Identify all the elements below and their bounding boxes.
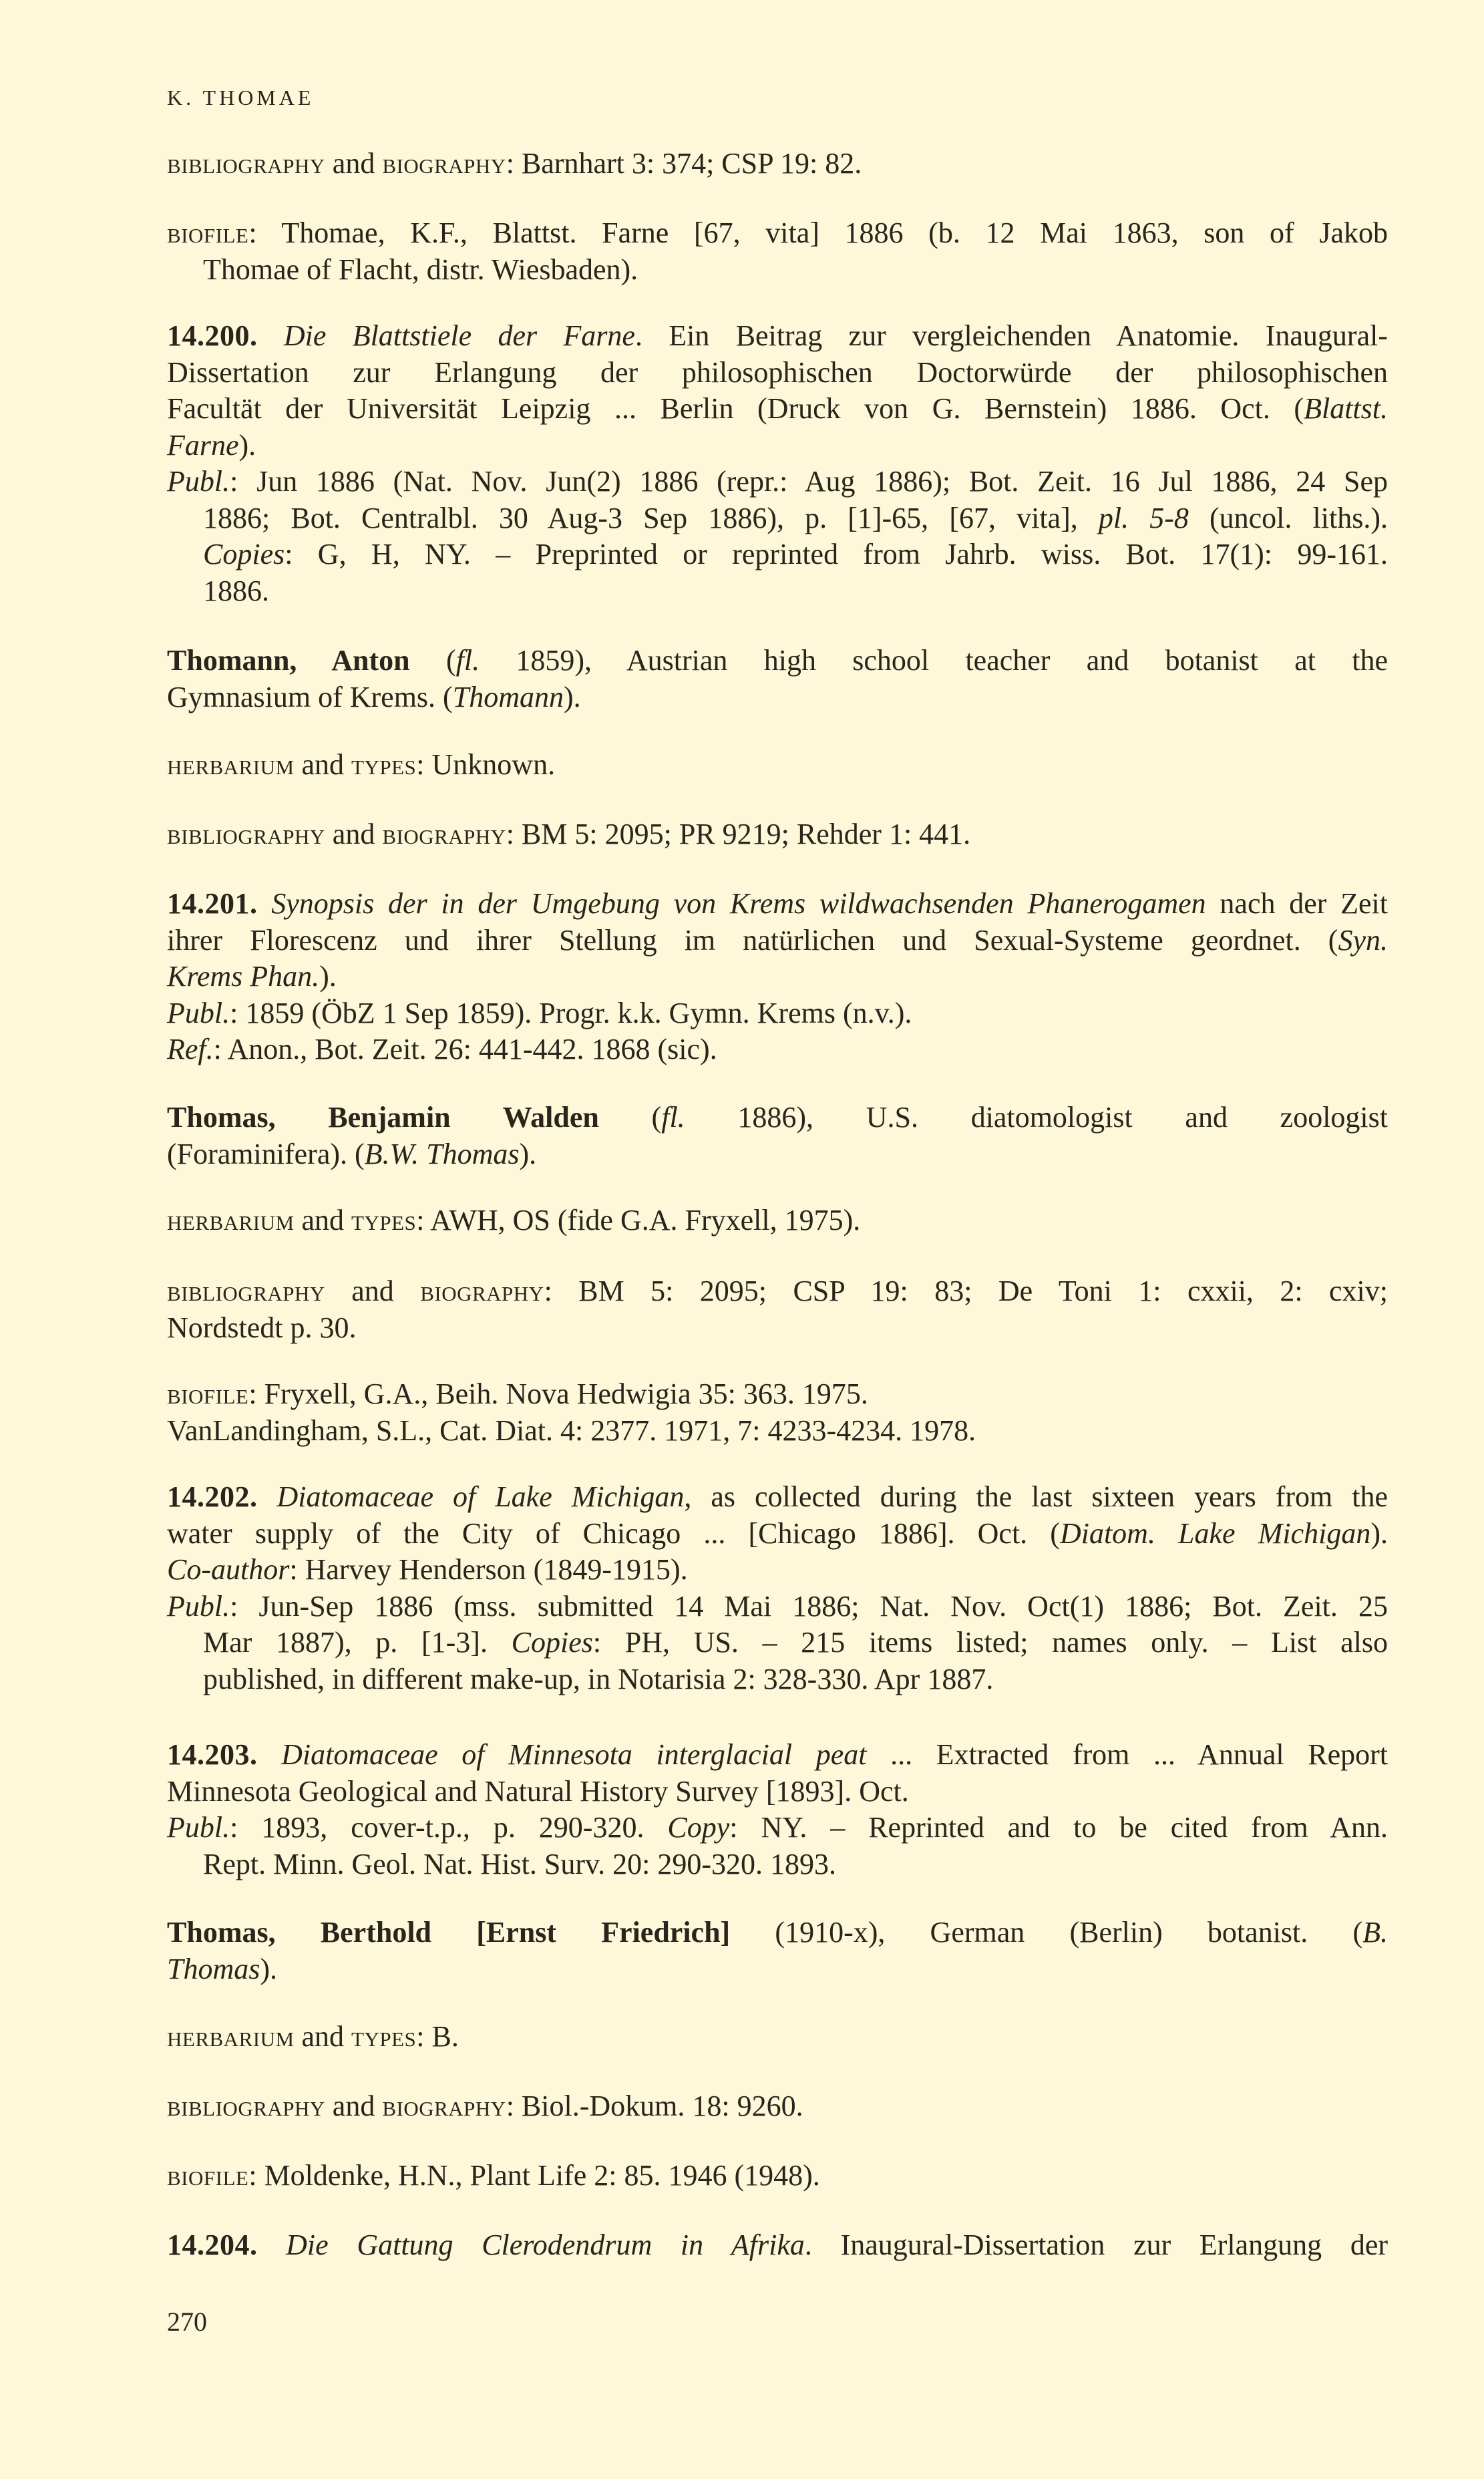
entry-14-202: 14.202. Diatomaceae of Lake Michigan, as… xyxy=(167,1479,1388,1697)
b-thomas-bibliography: BIBLIOGRAPHY and BIOGRAPHY: Biol.-Dokum.… xyxy=(167,2088,1388,2125)
bw-thomas-herbarium: HERBARIUM and TYPES: AWH, OS (fide G.A. … xyxy=(167,1202,1388,1239)
thomann-bibliography: BIBLIOGRAPHY and BIOGRAPHY: BM 5: 2095; … xyxy=(167,816,1388,853)
entry-14-203: 14.203. Diatomaceae of Minnesota intergl… xyxy=(167,1737,1388,1882)
thomann-herbarium: HERBARIUM and TYPES: Unknown. xyxy=(167,747,1388,784)
author-name: Thomann, Anton xyxy=(167,644,410,677)
author-name: Thomas, Berthold [Ernst Friedrich] xyxy=(167,1916,730,1949)
running-head: K. THOMAE xyxy=(167,86,314,110)
author-name: Thomas, Benjamin Walden xyxy=(167,1101,599,1134)
b-thomas-herbarium: HERBARIUM and TYPES: B. xyxy=(167,2019,1388,2055)
entry-14-204: 14.204. Die Gattung Clerodendrum in Afri… xyxy=(167,2227,1388,2264)
entry-14-200: 14.200. Die Blattstiele der Farne. Ein B… xyxy=(167,318,1388,609)
author-thomann: Thomann, Anton (fl. 1859), Austrian high… xyxy=(167,643,1388,715)
author-b-thomas: Thomas, Berthold [Ernst Friedrich] (1910… xyxy=(167,1915,1388,1987)
thomae-bibliography: BIBLIOGRAPHY and BIOGRAPHY: Barnhart 3: … xyxy=(167,146,1388,182)
b-thomas-biofile: BIOFILE: Moldenke, H.N., Plant Life 2: 8… xyxy=(167,2158,1388,2194)
author-bw-thomas: Thomas, Benjamin Walden (fl. 1886), U.S.… xyxy=(167,1100,1388,1172)
entry-14-201: 14.201. Synopsis der in der Umgebung von… xyxy=(167,886,1388,1068)
page-number: 270 xyxy=(167,2306,207,2337)
thomae-biofile: BIOFILE: Thomae, K.F., Blattst. Farne [6… xyxy=(167,215,1388,288)
bw-thomas-bibliography: BIBLIOGRAPHY and BIOGRAPHY: BM 5: 2095; … xyxy=(167,1273,1388,1346)
bw-thomas-biofile: BIOFILE: Fryxell, G.A., Beih. Nova Hedwi… xyxy=(167,1376,1388,1449)
